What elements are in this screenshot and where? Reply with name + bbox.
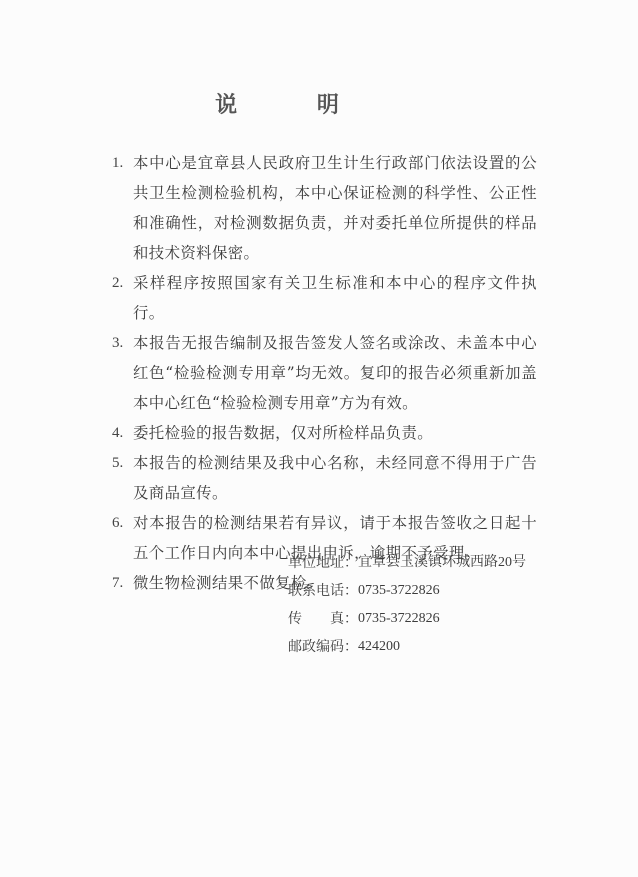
address-label: 单位地址： — [288, 549, 358, 577]
list-item: 5. 本报告的检测结果及我中心名称，未经同意不得用于广告及商品宣传。 — [112, 448, 537, 508]
document-page: 说 明 1. 本中心是宜章县人民政府卫生计生行政部门依法设置的公共卫生检测检验机… — [0, 0, 638, 877]
fax-label-second: 真： — [330, 605, 358, 633]
item-number: 3. — [112, 328, 133, 358]
item-text: 委托检验的报告数据，仅对所检样品负责。 — [133, 418, 537, 448]
fax-row: 传 真： 0735-3722826 — [288, 605, 526, 633]
item-text: 本中心是宜章县人民政府卫生计生行政部门依法设置的公共卫生检测检验机构，本中心保证… — [133, 148, 537, 268]
list-item: 3. 本报告无报告编制及报告签发人签名或涂改、未盖本中心红色“检验检测专用章”均… — [112, 328, 537, 418]
postcode-row: 邮政编码： 424200 — [288, 633, 526, 661]
list-item: 4. 委托检验的报告数据，仅对所检样品负责。 — [112, 418, 537, 448]
item-text: 本报告的检测结果及我中心名称，未经同意不得用于广告及商品宣传。 — [133, 448, 537, 508]
item-number: 2. — [112, 268, 133, 298]
notes-list: 1. 本中心是宜章县人民政府卫生计生行政部门依法设置的公共卫生检测检验机构，本中… — [112, 148, 537, 598]
page-title: 说 明 — [0, 88, 590, 119]
item-number: 7. — [112, 568, 133, 598]
address-value: 宜章县玉溪镇环城西路20号 — [358, 549, 526, 577]
item-text: 采样程序按照国家有关卫生标准和本中心的程序文件执行。 — [133, 268, 537, 328]
phone-label: 联系电话： — [288, 577, 358, 605]
item-number: 1. — [112, 148, 133, 178]
list-item: 2. 采样程序按照国家有关卫生标准和本中心的程序文件执行。 — [112, 268, 537, 328]
item-number: 6. — [112, 508, 133, 538]
item-number: 4. — [112, 418, 133, 448]
postcode-label: 邮政编码： — [288, 633, 358, 661]
postcode-value: 424200 — [358, 633, 400, 661]
fax-value: 0735-3722826 — [358, 605, 440, 633]
list-item: 1. 本中心是宜章县人民政府卫生计生行政部门依法设置的公共卫生检测检验机构，本中… — [112, 148, 537, 268]
phone-value: 0735-3722826 — [358, 577, 440, 605]
item-text: 本报告无报告编制及报告签发人签名或涂改、未盖本中心红色“检验检测专用章”均无效。… — [133, 328, 537, 418]
fax-label: 传 真： — [288, 605, 358, 633]
item-number: 5. — [112, 448, 133, 478]
phone-row: 联系电话： 0735-3722826 — [288, 577, 526, 605]
fax-label-first: 传 — [288, 605, 302, 633]
contact-block: 单位地址： 宜章县玉溪镇环城西路20号 联系电话： 0735-3722826 传… — [288, 549, 526, 661]
address-row: 单位地址： 宜章县玉溪镇环城西路20号 — [288, 549, 526, 577]
